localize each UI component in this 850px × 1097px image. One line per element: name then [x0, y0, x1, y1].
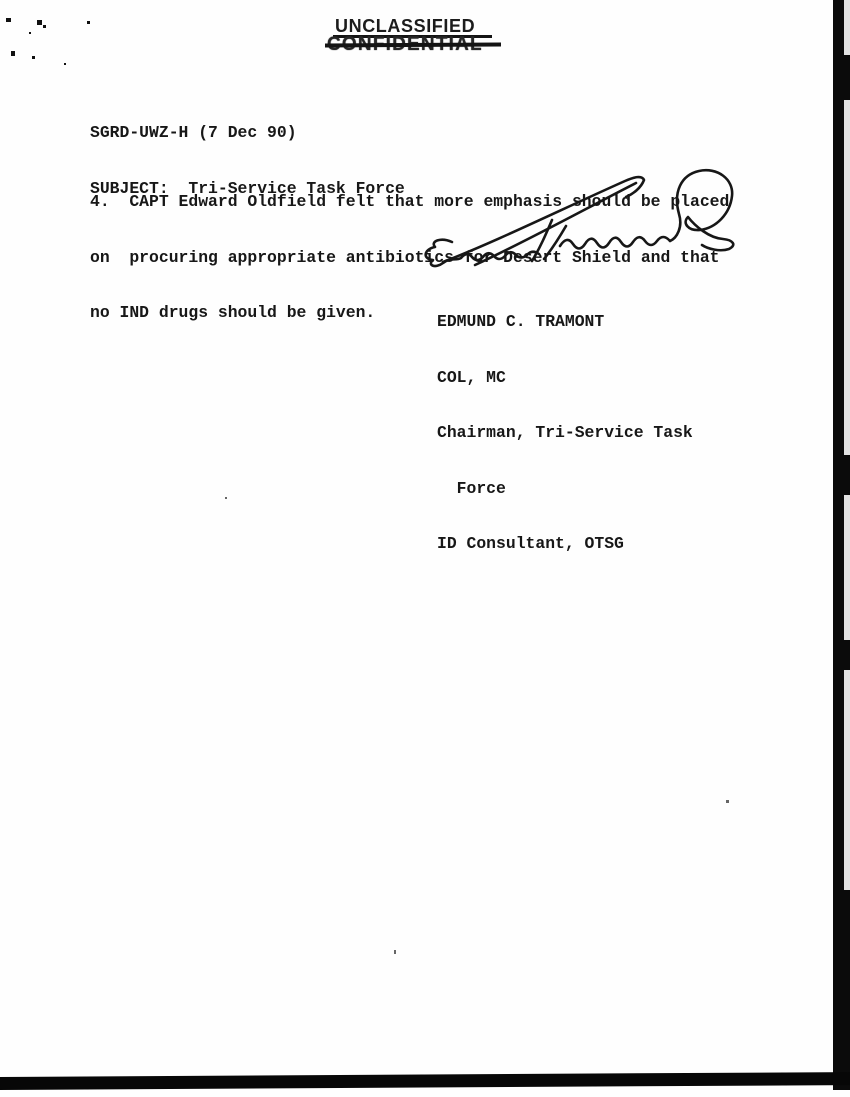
scan-speck — [394, 950, 396, 954]
scan-speck — [726, 800, 729, 803]
signature-title-line: ID Consultant, OTSG — [437, 535, 693, 554]
scan-edge-blot — [834, 890, 850, 1090]
scan-speck — [29, 32, 31, 34]
signature-name-line: EDMUND C. TRAMONT — [437, 313, 693, 332]
signature-block: EDMUND C. TRAMONT COL, MC Chairman, Tri-… — [437, 276, 693, 591]
scan-speck — [37, 20, 42, 25]
scan-speck — [11, 51, 15, 56]
scan-edge-blot — [843, 640, 850, 670]
scan-speck — [64, 63, 66, 65]
scan-speck — [87, 21, 90, 24]
signature-title-line: Chairman, Tri-Service Task — [437, 424, 693, 443]
scanned-memo-page: UNCLASSIFIED CONFIDENTIAL SGRD-UWZ-H (7 … — [0, 0, 850, 1097]
scan-edge-blot — [843, 55, 850, 100]
scan-speck — [6, 18, 11, 22]
signature-rank-line: COL, MC — [437, 369, 693, 388]
scan-speck — [32, 56, 35, 59]
scan-edge-blot — [843, 455, 850, 495]
scan-speck — [43, 25, 46, 28]
unclassified-stamp: UNCLASSIFIED — [335, 17, 475, 35]
office-symbol-line: SGRD-UWZ-H (7 Dec 90) — [90, 124, 405, 143]
scan-bar-bottom — [0, 1072, 850, 1090]
signature-handwriting — [415, 138, 760, 270]
signature-title-line: Force — [437, 480, 693, 499]
scan-speck — [225, 497, 227, 499]
